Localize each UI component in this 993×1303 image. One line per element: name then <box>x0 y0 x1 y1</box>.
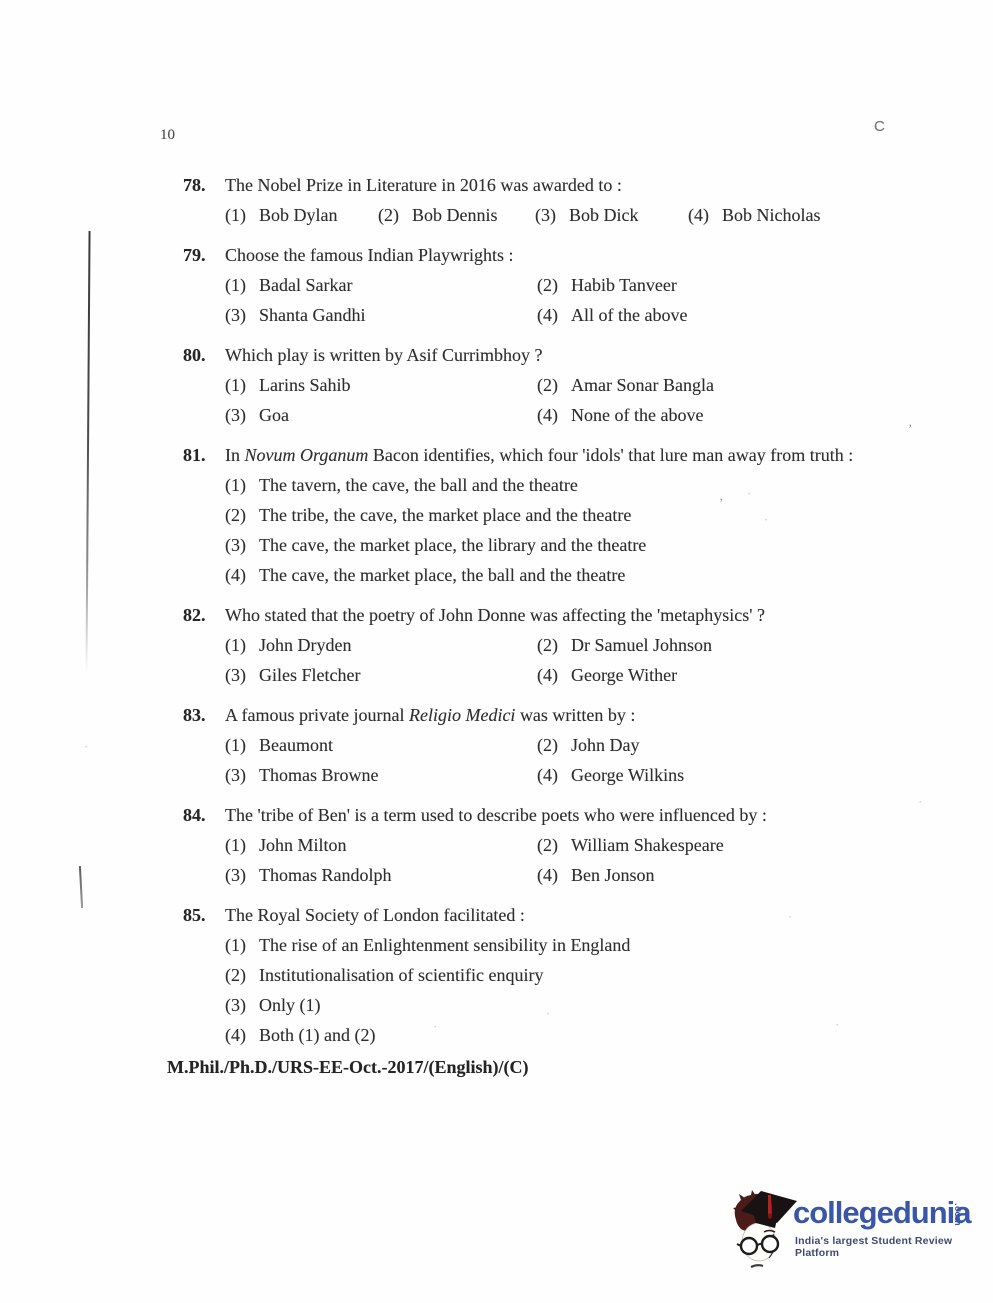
option-3: (3)Bob Dick <box>535 200 688 230</box>
question-text-part: The Nobel Prize in Literature in 2016 wa… <box>225 175 622 195</box>
option-1: (1)Bob Dylan <box>225 200 378 230</box>
collegedunia-wordmark: collegedunia <box>793 1195 970 1231</box>
option-1: (1)Larins Sahib <box>225 370 537 400</box>
option-text: Shanta Gandhi <box>259 305 365 325</box>
option-label: (2) <box>225 965 246 985</box>
option-label: (3) <box>225 535 246 555</box>
option-label: (1) <box>225 205 246 225</box>
option-2: (2)The tribe, the cave, the market place… <box>225 500 886 530</box>
option-text: Badal Sarkar <box>259 275 352 295</box>
question-85: 85.The Royal Society of London facilitat… <box>183 900 886 1050</box>
option-label: (4) <box>537 405 558 425</box>
question-text-part: A famous private journal <box>225 705 409 725</box>
question-text-part: Choose the famous Indian Playwrights : <box>225 245 513 265</box>
question-83: 83.A famous private journal Religio Medi… <box>183 700 886 790</box>
exam-code-footer: M.Phil./Ph.D./URS-EE-Oct.-2017/(English)… <box>167 1052 886 1082</box>
question-number: 78. <box>183 170 225 200</box>
option-label: (4) <box>225 565 246 585</box>
option-3: (3)Giles Fletcher <box>225 660 537 690</box>
question-number: 80. <box>183 340 225 370</box>
option-label: (4) <box>537 865 558 885</box>
option-label: (1) <box>225 635 246 655</box>
collegedunia-logo: collegedunia .com India's largest Studen… <box>731 1188 981 1278</box>
options: (1)Larins Sahib(2)Amar Sonar Bangla(3)Go… <box>225 370 886 430</box>
collegedunia-mascot-icon <box>731 1188 799 1272</box>
option-label: (1) <box>225 275 246 295</box>
option-text: John Milton <box>259 835 347 855</box>
option-label: (3) <box>225 405 246 425</box>
option-3: (3)Thomas Browne <box>225 760 537 790</box>
question-list: 78.The Nobel Prize in Literature in 2016… <box>183 170 886 1082</box>
option-label: (4) <box>537 305 558 325</box>
question-text: A famous private journal Religio Medici … <box>225 700 886 730</box>
option-label: (1) <box>225 475 246 495</box>
option-text: Thomas Browne <box>259 765 378 785</box>
option-text: The tribe, the cave, the market place an… <box>259 505 631 525</box>
question-text-part: Which play is written by Asif Currimbhoy… <box>225 345 542 365</box>
option-text: John Day <box>571 735 640 755</box>
option-text: Bob Dick <box>569 205 639 225</box>
question-number: 82. <box>183 600 225 630</box>
scan-speck: · <box>788 912 792 922</box>
option-4: (4)All of the above <box>537 300 886 330</box>
option-4: (4)Both (1) and (2) <box>225 1020 886 1050</box>
option-label: (3) <box>225 865 246 885</box>
option-text: All of the above <box>571 305 687 325</box>
question-header: 80.Which play is written by Asif Currimb… <box>183 340 886 370</box>
options: (1)John Dryden(2)Dr Samuel Johnson(3)Gil… <box>225 630 886 690</box>
question-text: Which play is written by Asif Currimbhoy… <box>225 340 886 370</box>
question-text-part: Bacon identifies, which four 'idols' tha… <box>368 445 853 465</box>
question-text: The Nobel Prize in Literature in 2016 wa… <box>225 170 886 200</box>
option-text: Both (1) and (2) <box>259 1025 375 1045</box>
option-text: Beaumont <box>259 735 333 755</box>
question-text: Choose the famous Indian Playwrights : <box>225 240 886 270</box>
scan-artifact-line <box>85 231 90 673</box>
question-number: 79. <box>183 240 225 270</box>
option-4: (4)George Wither <box>537 660 886 690</box>
question-header: 83.A famous private journal Religio Medi… <box>183 700 886 730</box>
option-label: (2) <box>537 275 558 295</box>
option-2: (2)Amar Sonar Bangla <box>537 370 886 400</box>
option-2: (2)William Shakespeare <box>537 830 886 860</box>
page-number: 10 <box>160 127 175 144</box>
option-text: Bob Dylan <box>259 205 338 225</box>
option-label: (2) <box>537 635 558 655</box>
scan-speck: · <box>747 489 751 499</box>
option-2: (2)John Day <box>537 730 886 760</box>
option-4: (4)None of the above <box>537 400 886 430</box>
option-text: The tavern, the cave, the ball and the t… <box>259 475 578 495</box>
option-label: (3) <box>225 665 246 685</box>
option-text: Bob Dennis <box>412 205 498 225</box>
scan-speck: ’ <box>908 424 912 434</box>
option-1: (1)John Dryden <box>225 630 537 660</box>
options: (1)Bob Dylan(2)Bob Dennis(3)Bob Dick(4)B… <box>225 200 886 230</box>
option-text: George Wither <box>571 665 677 685</box>
option-text: The cave, the market place, the library … <box>259 535 646 555</box>
scan-speck: · <box>835 1020 839 1030</box>
option-4: (4)Bob Nicholas <box>688 200 821 230</box>
scan-speck: · <box>433 1022 437 1032</box>
scanned-exam-page: 10 C 78.The Nobel Prize in Literature in… <box>0 0 993 1303</box>
option-text: John Dryden <box>259 635 352 655</box>
option-label: (1) <box>225 935 246 955</box>
option-2: (2)Dr Samuel Johnson <box>537 630 886 660</box>
option-label: (1) <box>225 735 246 755</box>
option-3: (3)The cave, the market place, the libra… <box>225 530 886 560</box>
option-text: Giles Fletcher <box>259 665 360 685</box>
collegedunia-tagline: India's largest Student Review Platform <box>795 1235 981 1259</box>
question-text: The 'tribe of Ben' is a term used to des… <box>225 800 886 830</box>
question-82: 82.Who stated that the poetry of John Do… <box>183 600 886 690</box>
question-number: 81. <box>183 440 225 470</box>
option-text: Institutionalisation of scientific enqui… <box>259 965 543 985</box>
option-label: (1) <box>225 835 246 855</box>
options: (1)The rise of an Enlightenment sensibil… <box>225 930 886 1050</box>
question-text-part: Who stated that the poetry of John Donne… <box>225 605 765 625</box>
option-label: (4) <box>537 765 558 785</box>
option-label: (2) <box>537 735 558 755</box>
option-text: Thomas Randolph <box>259 865 392 885</box>
option-label: (1) <box>225 375 246 395</box>
option-2: (2)Bob Dennis <box>378 200 535 230</box>
series-code: C <box>874 118 885 135</box>
option-label: (3) <box>535 205 556 225</box>
question-80: 80.Which play is written by Asif Currimb… <box>183 340 886 430</box>
question-79: 79.Choose the famous Indian Playwrights … <box>183 240 886 330</box>
option-label: (3) <box>225 765 246 785</box>
option-text: Habib Tanveer <box>571 275 677 295</box>
question-header: 79.Choose the famous Indian Playwrights … <box>183 240 886 270</box>
option-text: Only (1) <box>259 995 321 1015</box>
question-header: 81.In Novum Organum Bacon identifies, wh… <box>183 440 886 470</box>
question-number: 83. <box>183 700 225 730</box>
option-3: (3)Only (1) <box>225 990 886 1020</box>
scan-speck: · <box>764 515 768 525</box>
option-text: The rise of an Enlightenment sensibility… <box>259 935 630 955</box>
question-text-part: In <box>225 445 245 465</box>
option-text: Larins Sahib <box>259 375 351 395</box>
option-4: (4)George Wilkins <box>537 760 886 790</box>
question-text-part: was written by : <box>515 705 635 725</box>
scan-speck: ’ <box>719 498 723 508</box>
scan-artifact-line <box>79 866 83 908</box>
question-text-part: The Royal Society of London facilitated … <box>225 905 525 925</box>
question-text-part: Religio Medici <box>409 705 515 725</box>
option-text: George Wilkins <box>571 765 684 785</box>
option-text: Amar Sonar Bangla <box>571 375 714 395</box>
option-1: (1)The tavern, the cave, the ball and th… <box>225 470 886 500</box>
question-text: The Royal Society of London facilitated … <box>225 900 886 930</box>
question-text-part: Novum Organum <box>245 445 369 465</box>
option-4: (4)The cave, the market place, the ball … <box>225 560 886 590</box>
question-header: 78.The Nobel Prize in Literature in 2016… <box>183 170 886 200</box>
option-text: Dr Samuel Johnson <box>571 635 712 655</box>
option-label: (3) <box>225 305 246 325</box>
option-4: (4)Ben Jonson <box>537 860 886 890</box>
question-text: In Novum Organum Bacon identifies, which… <box>225 440 886 470</box>
option-text: The cave, the market place, the ball and… <box>259 565 625 585</box>
option-1: (1)Badal Sarkar <box>225 270 537 300</box>
option-label: (2) <box>225 505 246 525</box>
options: (1)Beaumont(2)John Day(3)Thomas Browne(4… <box>225 730 886 790</box>
option-text: William Shakespeare <box>571 835 724 855</box>
option-3: (3)Shanta Gandhi <box>225 300 537 330</box>
question-number: 84. <box>183 800 225 830</box>
scan-speck: · <box>84 742 88 752</box>
options: (1)John Milton(2)William Shakespeare(3)T… <box>225 830 886 890</box>
option-label: (2) <box>378 205 399 225</box>
option-text: Bob Nicholas <box>722 205 821 225</box>
option-text: Ben Jonson <box>571 865 655 885</box>
question-header: 85.The Royal Society of London facilitat… <box>183 900 886 930</box>
option-label: (2) <box>537 375 558 395</box>
option-1: (1)Beaumont <box>225 730 537 760</box>
option-label: (2) <box>537 835 558 855</box>
options: (1)The tavern, the cave, the ball and th… <box>225 470 886 590</box>
option-3: (3)Goa <box>225 400 537 430</box>
question-84: 84.The 'tribe of Ben' is a term used to … <box>183 800 886 890</box>
scan-speck: · <box>546 1009 550 1019</box>
option-label: (4) <box>537 665 558 685</box>
option-2: (2)Habib Tanveer <box>537 270 886 300</box>
question-text-part: The 'tribe of Ben' is a term used to des… <box>225 805 767 825</box>
option-text: None of the above <box>571 405 703 425</box>
option-label: (3) <box>225 995 246 1015</box>
option-text: Goa <box>259 405 289 425</box>
question-81: 81.In Novum Organum Bacon identifies, wh… <box>183 440 886 590</box>
option-label: (4) <box>688 205 709 225</box>
option-2: (2)Institutionalisation of scientific en… <box>225 960 886 990</box>
question-number: 85. <box>183 900 225 930</box>
option-3: (3)Thomas Randolph <box>225 860 537 890</box>
option-label: (4) <box>225 1025 246 1045</box>
question-header: 82.Who stated that the poetry of John Do… <box>183 600 886 630</box>
collegedunia-tld: .com <box>953 1203 963 1226</box>
options: (1)Badal Sarkar(2)Habib Tanveer(3)Shanta… <box>225 270 886 330</box>
question-header: 84.The 'tribe of Ben' is a term used to … <box>183 800 886 830</box>
question-text: Who stated that the poetry of John Donne… <box>225 600 886 630</box>
option-1: (1)John Milton <box>225 830 537 860</box>
option-1: (1)The rise of an Enlightenment sensibil… <box>225 930 886 960</box>
scan-speck: · <box>918 797 922 807</box>
question-78: 78.The Nobel Prize in Literature in 2016… <box>183 170 886 230</box>
